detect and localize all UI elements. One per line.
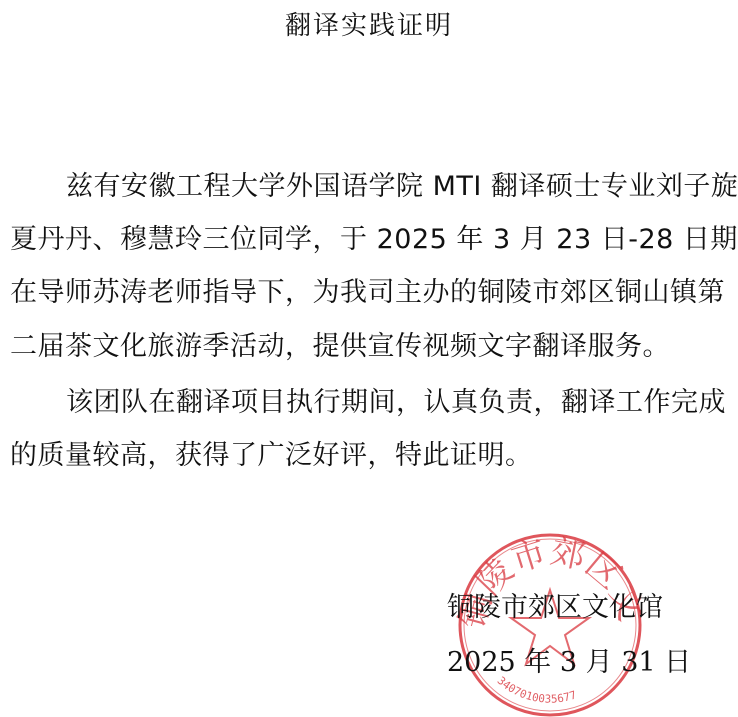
paragraph-line: 二届茶文化旅游季活动，提供宣传视频文字翻译服务。 [10,329,670,365]
paragraph-line: 兹有安徽工程大学外国语学院 MTI 翻译硕士专业刘子旋、 [66,169,738,205]
paragraph-line: 的质量较高，获得了广泛好评，特此证明。 [10,438,533,474]
signature-date: 2025 年 3 月 31 日 [447,645,691,681]
paragraph-line: 在导师苏涛老师指导下，为我司主办的铜陵市郊区铜山镇第 [10,275,725,311]
paragraph-line: 夏丹丹、穆慧玲三位同学，于 2025 年 3 月 23 日-28 日期间， [10,222,738,258]
page-title: 翻译实践证明 [0,8,738,44]
signature-organization: 铜陵市郊区文化馆 [447,590,663,626]
paragraph-line: 该团队在翻译项目执行期间，认真负责，翻译工作完成 [66,385,726,421]
